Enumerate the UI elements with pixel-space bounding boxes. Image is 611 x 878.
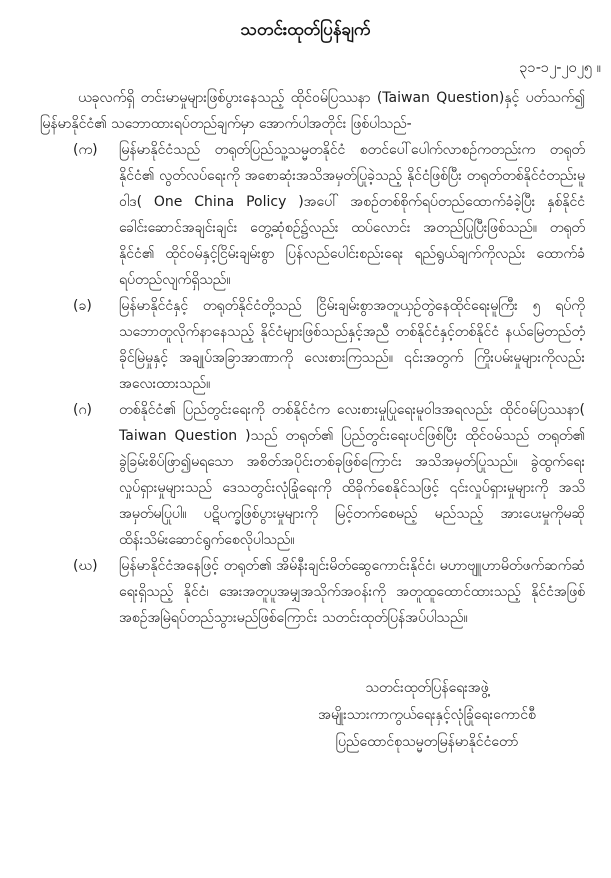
list-item-label: (က) [73,137,119,293]
statement-list: (က) မြန်မာနိုင်ငံသည် တရုတ်ပြည်သူ့သမ္မတနိ… [0,137,611,631]
list-item-text: မြန်မာနိုင်ငံသည် တရုတ်ပြည်သူ့သမ္မတနိုင်င… [119,137,585,293]
list-item-kha: (ခ) မြန်မာနိုင်ငံနှင့် တရုတ်နိုင်ငံတို့သ… [73,293,585,397]
list-item-text: တစ်နိုင်ငံ၏ ပြည်တွင်းရေးကို တစ်နိုင်ငံက … [119,397,585,553]
list-item-text: မြန်မာနိုင်ငံနှင့် တရုတ်နိုင်ငံတို့သည် င… [119,293,585,397]
list-item-label: (ဃ) [73,553,119,631]
document-title: သတင်းထုတ်ပြန်ချက် [0,0,611,44]
list-item-gha: (ဃ) မြန်မာနိုင်ငံအနေဖြင့် တရုတ်၏ အိမ်နီး… [73,553,585,631]
list-item-ga: (ဂ) တစ်နိုင်ငံ၏ ပြည်တွင်းရေးကို တစ်နိုင်… [73,397,585,553]
press-release-document: သတင်းထုတ်ပြန်ချက် ၃၁-၁၂-၂၀၂၅ ။ ယခုလက်ရှိ… [0,0,611,878]
list-item-text: မြန်မာနိုင်ငံအနေဖြင့် တရုတ်၏ အိမ်နီးချင်… [119,553,585,631]
signature-block: သတင်းထုတ်ပြန်ရေးအဖွဲ့ အမျိုးသားကာကွယ်ရေး… [257,675,597,756]
list-item-ka: (က) မြန်မာနိုင်ငံသည် တရုတ်ပြည်သူ့သမ္မတနိ… [73,137,585,293]
intro-paragraph: ယခုလက်ရှိ တင်းမာမှုများဖြစ်ပွားနေသည့် ထိ… [40,85,585,137]
list-item-label: (ဂ) [73,397,119,553]
document-date: ၃၁-၁၂-၂၀၂၅ ။ [0,56,611,80]
signature-council-name: အမျိုးသားကာကွယ်ရေးနှင့်လုံခြုံရေးကောင်စီ [257,702,597,729]
signature-issuing-team: သတင်းထုတ်ပြန်ရေးအဖွဲ့ [257,675,597,702]
signature-state-name: ပြည်ထောင်စုသမ္မတမြန်မာနိုင်ငံတော် [257,729,597,756]
list-item-label: (ခ) [73,293,119,397]
